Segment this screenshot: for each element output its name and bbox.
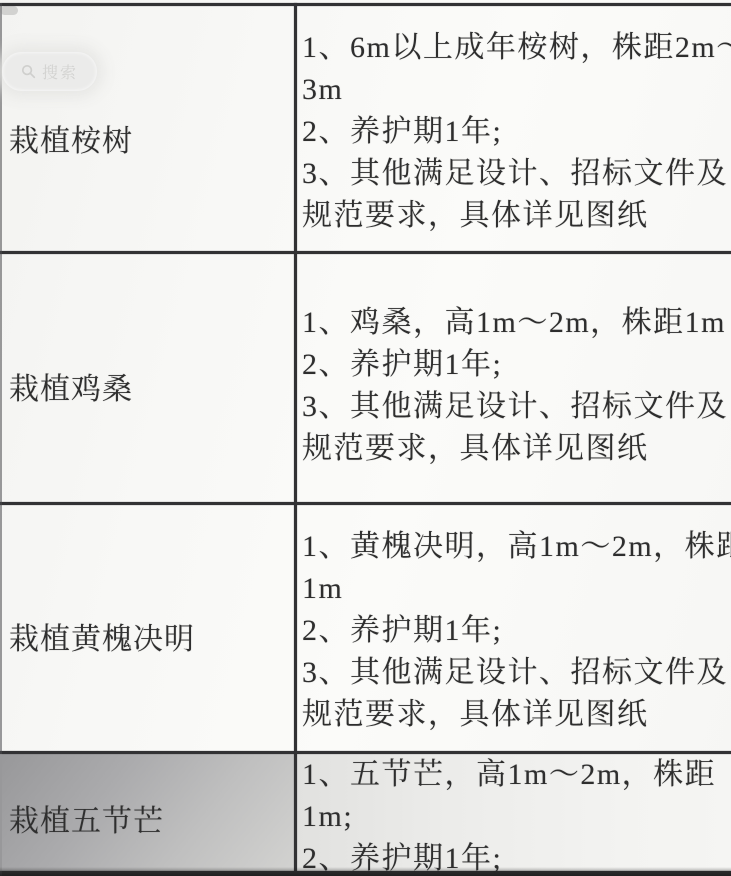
table-row-divider-1 xyxy=(0,251,731,254)
spec-cell: 1、6m以上成年桉树，株距2m～ 3m 2、养护期1年; 3、其他满足设计、招标… xyxy=(302,27,731,237)
spec-line: 规范要求，具体详见图纸 xyxy=(302,694,731,736)
spec-line: 2、养护期1年; xyxy=(302,344,731,386)
spec-line: 1、黄槐决明，高1m～2m，株距 xyxy=(302,526,731,568)
item-name-cell: 栽植五节芒 xyxy=(9,796,164,840)
item-name: 栽植桉树 xyxy=(9,125,133,158)
photo-bottom-edge xyxy=(0,867,731,876)
spec-line: 1m; xyxy=(302,796,731,838)
spec-line: 2、养护期1年; xyxy=(302,610,731,652)
spec-cell: 1、黄槐决明，高1m～2m，株距 1m 2、养护期1年; 3、其他满足设计、招标… xyxy=(302,526,731,736)
search-label: 搜索 xyxy=(42,60,78,83)
spec-line: 1、6m以上成年桉树，株距2m～ xyxy=(302,27,731,69)
item-name: 栽植鸡桑 xyxy=(9,373,133,406)
table-row-divider-2 xyxy=(0,502,731,505)
item-name-cell: 栽植桉树 xyxy=(9,116,133,160)
spec-line: 2、养护期1年; xyxy=(302,111,731,153)
photo-smudge xyxy=(0,6,18,15)
spec-line: 3、其他满足设计、招标文件及 xyxy=(302,652,731,694)
spec-line: 3、其他满足设计、招标文件及 xyxy=(302,153,731,195)
search-icon xyxy=(21,64,36,79)
item-name: 栽植五节芒 xyxy=(9,805,164,838)
spec-line: 1m xyxy=(302,568,731,610)
item-name-cell: 栽植鸡桑 xyxy=(9,364,133,408)
table-border-top xyxy=(0,3,731,6)
document-page: 栽植桉树 1、6m以上成年桉树，株距2m～ 3m 2、养护期1年; 3、其他满足… xyxy=(0,0,731,876)
spec-cell: 1、五节芒，高1m～2m，株距 1m; 2、养护期1年; xyxy=(302,754,731,876)
table-column-divider xyxy=(294,3,297,876)
item-name-cell: 栽植黄槐决明 xyxy=(9,614,195,658)
spec-line: 规范要求，具体详见图纸 xyxy=(302,195,731,237)
table-border-left xyxy=(0,3,2,876)
item-name: 栽植黄槐决明 xyxy=(9,623,195,656)
search-button[interactable]: 搜索 xyxy=(2,52,97,91)
spec-line: 1、鸡桑，高1m～2m，株距1m xyxy=(302,302,731,344)
spec-line: 3m xyxy=(302,69,731,111)
spec-line: 1、五节芒，高1m～2m，株距 xyxy=(302,754,731,796)
spec-line: 规范要求，具体详见图纸 xyxy=(302,428,731,470)
spec-line: 3、其他满足设计、招标文件及 xyxy=(302,386,731,428)
spec-cell: 1、鸡桑，高1m～2m，株距1m 2、养护期1年; 3、其他满足设计、招标文件及… xyxy=(302,302,731,470)
